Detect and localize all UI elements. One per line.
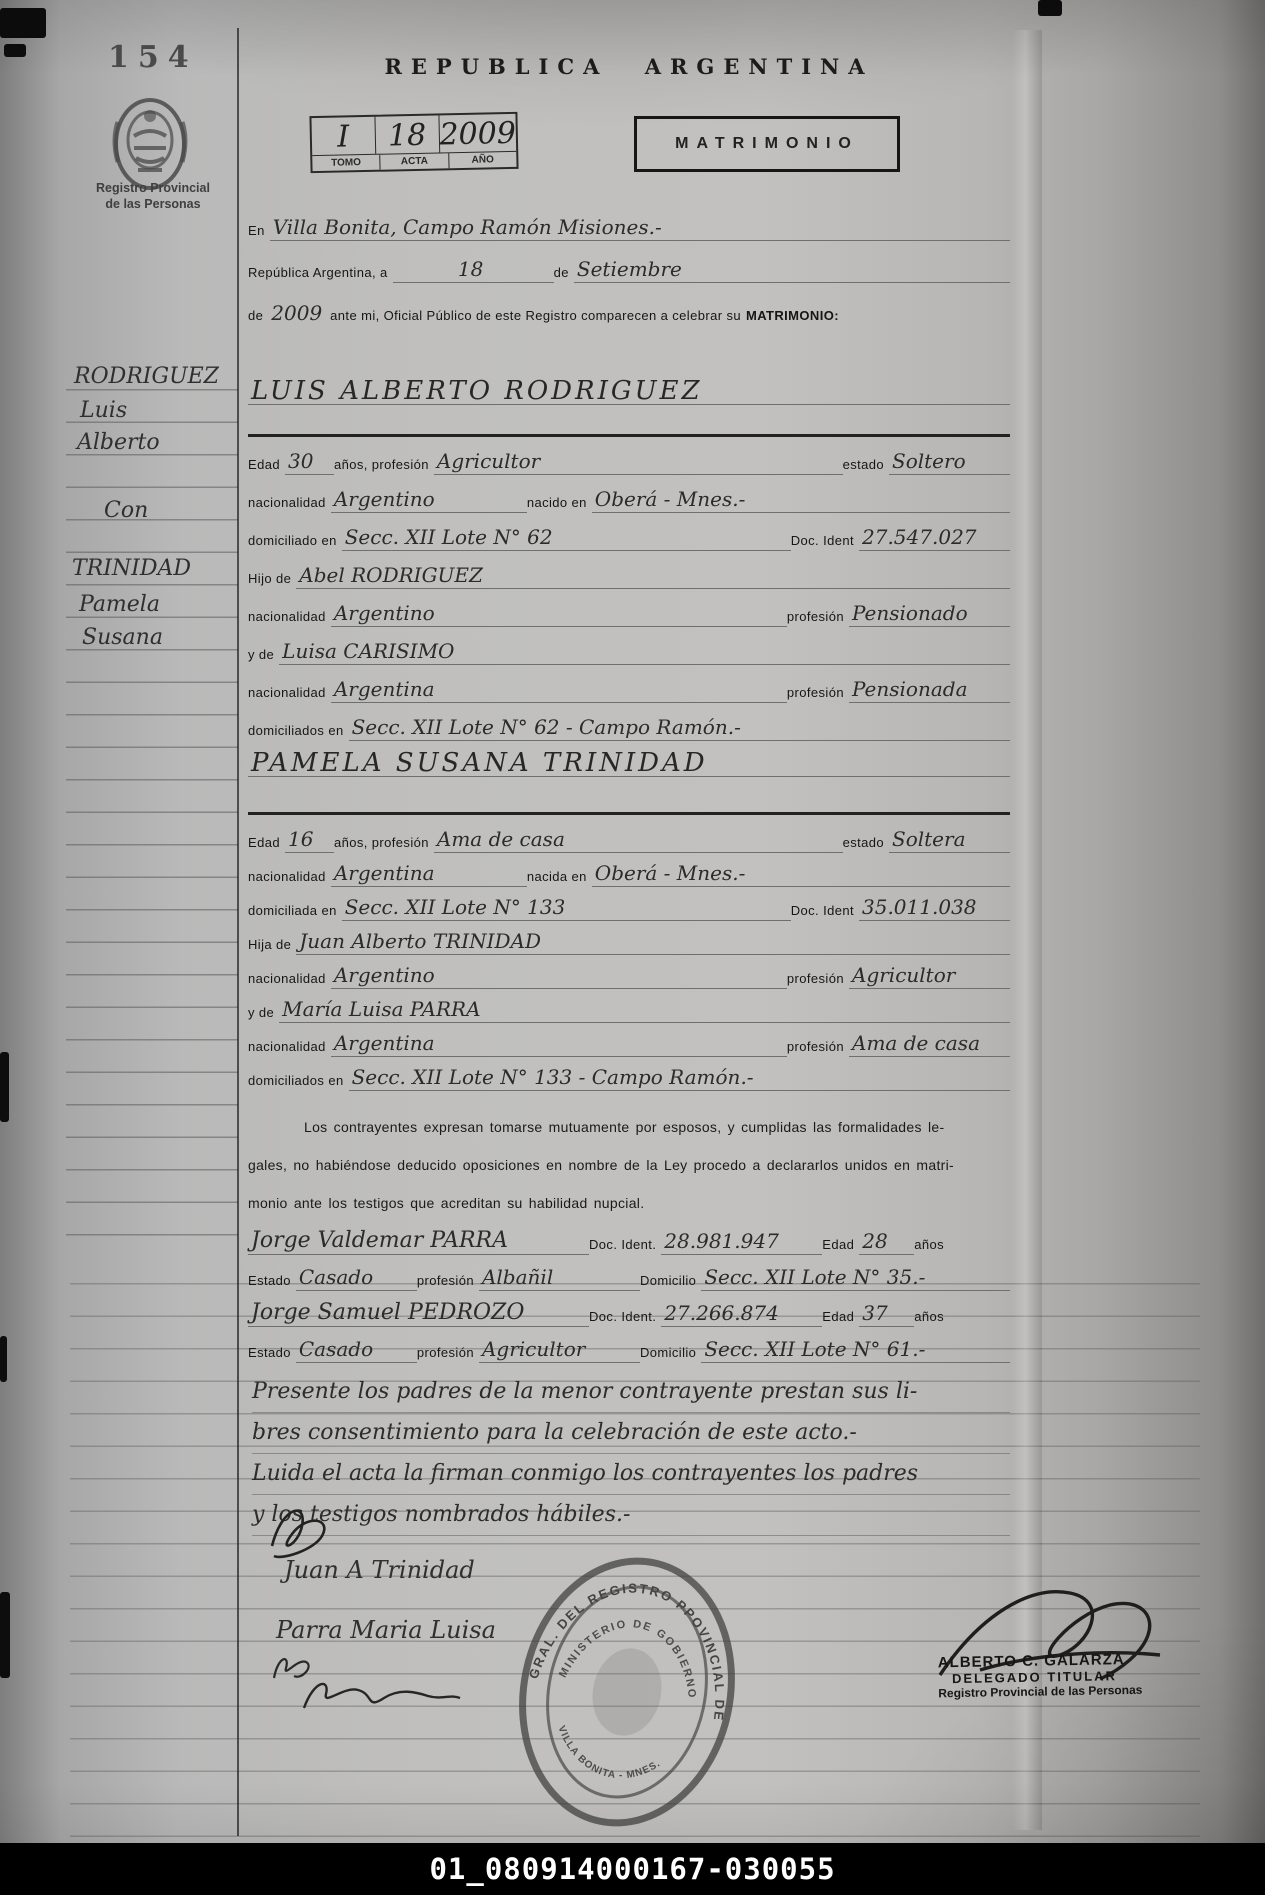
witness1-domicile: Secc. XII Lote N° 35.-	[701, 1264, 1010, 1291]
field-label: nacionalidad	[248, 685, 331, 703]
groom-mother-prof: Pensionada	[849, 676, 1010, 703]
bride-father-nat-line: nacionalidad Argentino profesión Agricul…	[248, 962, 1010, 989]
margin-surname-bride: TRINIDAD	[72, 556, 191, 581]
declaration-line: gales, no habiéndose deducido oposicione…	[248, 1146, 1010, 1184]
officer-name-stamp: ALBERTO C. GALARZA DELEGADO TITULAR Regi…	[938, 1650, 1209, 1701]
groom-mother-nat-line: nacionalidad Argentina profesión Pension…	[248, 676, 1010, 703]
witness1-detail-line: Estado Casado profesión Albañil Domicili…	[248, 1264, 1010, 1291]
field-label: y de	[248, 1005, 279, 1023]
field-label: profesión	[787, 609, 849, 627]
bride-age: 16	[285, 826, 334, 853]
field-label: Doc. Ident.	[589, 1237, 661, 1255]
bride-domicile: Secc. XII Lote N° 133	[342, 894, 791, 921]
field-label: profesión	[787, 1039, 849, 1057]
bride-signature-scribble	[296, 1672, 466, 1722]
field-label: nacido en	[527, 495, 592, 513]
tomo-acta-ano-values: I 18 2009	[311, 114, 516, 156]
certificate-body: REPUBLICA ARGENTINA I 18 2009 TOMO ACTA …	[248, 44, 1010, 1544]
bride-parents-dom: Secc. XII Lote N° 133 - Campo Ramón.-	[349, 1064, 1010, 1091]
scanned-marriage-certificate: 154 Registro Provincial de las Personas …	[0, 0, 1265, 1895]
witness1-status: Casado	[296, 1264, 417, 1291]
witness2-name: Jorge Samuel PEDROZO	[248, 1300, 589, 1327]
acta-value: 18	[375, 115, 440, 153]
day-value: 18	[393, 256, 554, 283]
section-divider	[248, 812, 1010, 815]
groom-father-prof: Pensionado	[849, 600, 1010, 627]
consent-note-line: y los testigos nombrados hábiles.-	[252, 1495, 1010, 1536]
field-label: Estado	[248, 1273, 296, 1291]
groom-doc: 27.547.027	[859, 524, 1010, 551]
consent-note: Presente los padres de la menor contraye…	[252, 1372, 1010, 1536]
witness1-doc: 28.981.947	[661, 1228, 822, 1255]
field-label: Doc. Ident	[791, 533, 859, 551]
date-line: República Argentina, a 18 de Setiembre	[248, 256, 1010, 283]
ano-label: AÑO	[449, 152, 517, 168]
field-label: profesión	[787, 971, 849, 989]
margin-separator-line	[237, 28, 239, 1836]
bride-profession: Ama de casa	[434, 826, 843, 853]
margin-given2-groom: Alberto	[77, 430, 160, 455]
acta-label: ACTA	[381, 153, 450, 169]
field-label: nacionalidad	[248, 971, 331, 989]
groom-father-line: Hijo de Abel RODRIGUEZ	[248, 562, 1010, 589]
groom-nationality-line: nacionalidad Argentino nacido en Oberá -…	[248, 486, 1010, 513]
tomo-acta-ano-table: I 18 2009 TOMO ACTA AÑO	[309, 112, 518, 173]
witness2-doc: 27.266.874	[661, 1300, 822, 1327]
field-label: años, profesión	[334, 835, 434, 853]
field-label: y de	[248, 647, 279, 665]
field-label: domiciliados en	[248, 1073, 349, 1091]
witness1-name-line: Jorge Valdemar PARRA Doc. Ident. 28.981.…	[248, 1228, 1010, 1255]
registry-office-line1: Registro Provincial	[78, 180, 228, 196]
field-label: Edad	[248, 457, 285, 475]
margin-given1-groom: Luis	[80, 398, 127, 423]
registry-office-name: Registro Provincial de las Personas	[78, 180, 228, 212]
groom-age-line: Edad 30 años, profesión Agricultor estad…	[248, 448, 1010, 475]
stamp-location-text: VILLA BONITA - MNES.	[547, 1722, 667, 1790]
witness1-name: Jorge Valdemar PARRA	[248, 1228, 589, 1255]
witness2-detail-line: Estado Casado profesión Agricultor Domic…	[248, 1336, 1010, 1363]
consent-note-line: Presente los padres de la menor contraye…	[252, 1372, 1010, 1413]
field-label: nacionalidad	[248, 1039, 331, 1057]
bride-status: Soltera	[889, 826, 1010, 853]
field-label: Hija de	[248, 937, 296, 955]
field-label: Domicilio	[640, 1345, 701, 1363]
tomo-label: TOMO	[312, 155, 381, 171]
witness2-profession: Agricultor	[479, 1336, 640, 1363]
margin-given2-bride: Susana	[82, 625, 163, 650]
tomo-acta-ano-labels: TOMO ACTA AÑO	[312, 152, 516, 171]
declaration-line: monio ante los testigos que acreditan su…	[248, 1184, 1010, 1222]
witness1-profession: Albañil	[479, 1264, 640, 1291]
witness2-name-line: Jorge Samuel PEDROZO Doc. Ident. 27.266.…	[248, 1300, 1010, 1327]
bride-domicile-line: domiciliada en Secc. XII Lote N° 133 Doc…	[248, 894, 1010, 921]
groom-mother-line: y de Luisa CARISIMO	[248, 638, 1010, 665]
groom-father-nat-line: nacionalidad Argentino profesión Pension…	[248, 600, 1010, 627]
field-label: Edad	[822, 1309, 859, 1327]
groom-profession: Agricultor	[434, 448, 843, 475]
bride-nationality: Argentina	[331, 860, 527, 887]
bride-birthplace: Oberá - Mnes.-	[592, 860, 1010, 887]
year-value: 2009	[268, 300, 330, 326]
date-label: República Argentina, a	[248, 265, 393, 283]
field-label: nacida en	[527, 869, 592, 887]
bride-age-line: Edad 16 años, profesión Ama de casa esta…	[248, 826, 1010, 853]
field-label: Edad	[822, 1237, 859, 1255]
matrimonio-word: MATRIMONIO:	[746, 308, 844, 326]
field-label: profesión	[417, 1273, 479, 1291]
father-signature: Juan A Trinidad	[284, 1556, 475, 1584]
groom-age: 30	[285, 448, 334, 475]
groom-birthplace: Oberá - Mnes.-	[592, 486, 1010, 513]
scan-artifact	[0, 1336, 7, 1382]
scan-artifact	[0, 1052, 9, 1122]
field-label: nacionalidad	[248, 869, 331, 887]
witness2-status: Casado	[296, 1336, 417, 1363]
margin-given1-bride: Pamela	[79, 592, 160, 617]
field-label: años	[914, 1309, 949, 1327]
field-label: Edad	[248, 835, 285, 853]
consent-note-line: bres consentimiento para la celebración …	[252, 1413, 1010, 1454]
field-label: domiciliados en	[248, 723, 349, 741]
place-label: En	[248, 223, 270, 241]
bride-mother-nat-line: nacionalidad Argentina profesión Ama de …	[248, 1030, 1010, 1057]
declaration-line: Los contrayentes expresan tomarse mutuam…	[248, 1108, 1010, 1146]
scan-artifact	[0, 1592, 10, 1678]
field-label: Doc. Ident.	[589, 1309, 661, 1327]
witness2-domicile: Secc. XII Lote N° 61.-	[701, 1336, 1010, 1363]
field-label: Doc. Ident	[791, 903, 859, 921]
field-label: profesión	[787, 685, 849, 703]
bride-name-line: PAMELA SUSANA TRINIDAD	[248, 750, 1010, 777]
field-label: profesión	[417, 1345, 479, 1363]
groom-parents-dom: Secc. XII Lote N° 62 - Campo Ramón.-	[349, 714, 1010, 741]
page-fold-shadow	[1012, 30, 1042, 1830]
mother-signature: Parra Maria Luisa	[276, 1616, 496, 1644]
groom-father-nat: Argentino	[331, 600, 787, 627]
groom-status: Soltero	[889, 448, 1010, 475]
witness1-age: 28	[859, 1228, 914, 1255]
groom-parents-dom-line: domiciliados en Secc. XII Lote N° 62 - C…	[248, 714, 1010, 741]
page-number: 154	[108, 40, 198, 75]
bride-doc: 35.011.038	[859, 894, 1010, 921]
groom-father: Abel RODRIGUEZ	[296, 562, 1010, 589]
place-line: En Villa Bonita, Campo Ramón Misiones.-	[248, 214, 1010, 241]
field-label: domiciliada en	[248, 903, 342, 921]
consent-note-line: Luida el acta la firman conmigo los cont…	[252, 1454, 1010, 1495]
place-value: Villa Bonita, Campo Ramón Misiones.-	[270, 214, 1010, 241]
scan-artifact	[0, 8, 46, 38]
country-header: REPUBLICA ARGENTINA	[248, 54, 1010, 79]
bride-mother-prof: Ama de casa	[849, 1030, 1010, 1057]
registry-office-line2: de las Personas	[78, 196, 228, 212]
bride-father-line: Hija de Juan Alberto TRINIDAD	[248, 928, 1010, 955]
bride-father-prof: Agricultor	[849, 962, 1010, 989]
groom-name-line: LUIS ALBERTO RODRIGUEZ	[248, 378, 1010, 405]
declaration-paragraph: Los contrayentes expresan tomarse mutuam…	[248, 1108, 1010, 1222]
year-prefix: de	[248, 308, 268, 326]
field-label: Domicilio	[640, 1273, 701, 1291]
ano-value: 2009	[439, 114, 516, 153]
section-divider	[248, 434, 1010, 437]
field-label: años	[914, 1237, 949, 1255]
groom-domicile: Secc. XII Lote N° 62	[342, 524, 791, 551]
bride-mother-nat: Argentina	[331, 1030, 787, 1057]
bride-nationality-line: nacionalidad Argentina nacida en Oberá -…	[248, 860, 1010, 887]
image-code: 01_080914000167-030055	[429, 1852, 835, 1886]
svg-text:VILLA BONITA - MNES.: VILLA BONITA - MNES.	[547, 1722, 667, 1790]
image-code-bar: 01_080914000167-030055	[0, 1843, 1265, 1895]
bride-name: PAMELA SUSANA TRINIDAD	[248, 750, 1010, 777]
groom-name: LUIS ALBERTO RODRIGUEZ	[248, 378, 1010, 405]
witness2-age: 37	[859, 1300, 914, 1327]
margin-connector: Con	[104, 498, 148, 523]
groom-mother: Luisa CARISIMO	[279, 638, 1010, 665]
field-label: Estado	[248, 1345, 296, 1363]
groom-nationality: Argentino	[331, 486, 527, 513]
bride-mother-line: y de María Luisa PARRA	[248, 996, 1010, 1023]
de-label: de	[554, 265, 574, 283]
field-label: nacionalidad	[248, 609, 331, 627]
groom-mother-nat: Argentina	[331, 676, 787, 703]
bride-parents-dom-line: domiciliados en Secc. XII Lote N° 133 - …	[248, 1064, 1010, 1091]
field-label: domiciliado en	[248, 533, 342, 551]
bride-mother: María Luisa PARRA	[279, 996, 1010, 1023]
margin-ruled-lines	[66, 358, 238, 1260]
field-label: estado	[843, 835, 889, 853]
year-line: de 2009 ante mi, Oficial Público de este…	[248, 300, 1010, 326]
field-label: años, profesión	[334, 457, 434, 475]
scan-artifact	[1038, 0, 1062, 16]
month-value: Setiembre	[574, 256, 1010, 283]
tomo-value: I	[311, 117, 376, 155]
field-label: nacionalidad	[248, 495, 331, 513]
scan-artifact	[4, 44, 26, 57]
groom-domicile-line: domiciliado en Secc. XII Lote N° 62 Doc.…	[248, 524, 1010, 551]
bride-father: Juan Alberto TRINIDAD	[296, 928, 1010, 955]
bride-father-nat: Argentino	[331, 962, 787, 989]
margin-surname-groom: RODRIGUEZ	[74, 364, 219, 389]
act-type-box: MATRIMONIO	[634, 116, 900, 172]
year-rest: ante mi, Oficial Público de este Registr…	[330, 308, 746, 326]
field-label: Hijo de	[248, 571, 296, 589]
field-label: estado	[843, 457, 889, 475]
